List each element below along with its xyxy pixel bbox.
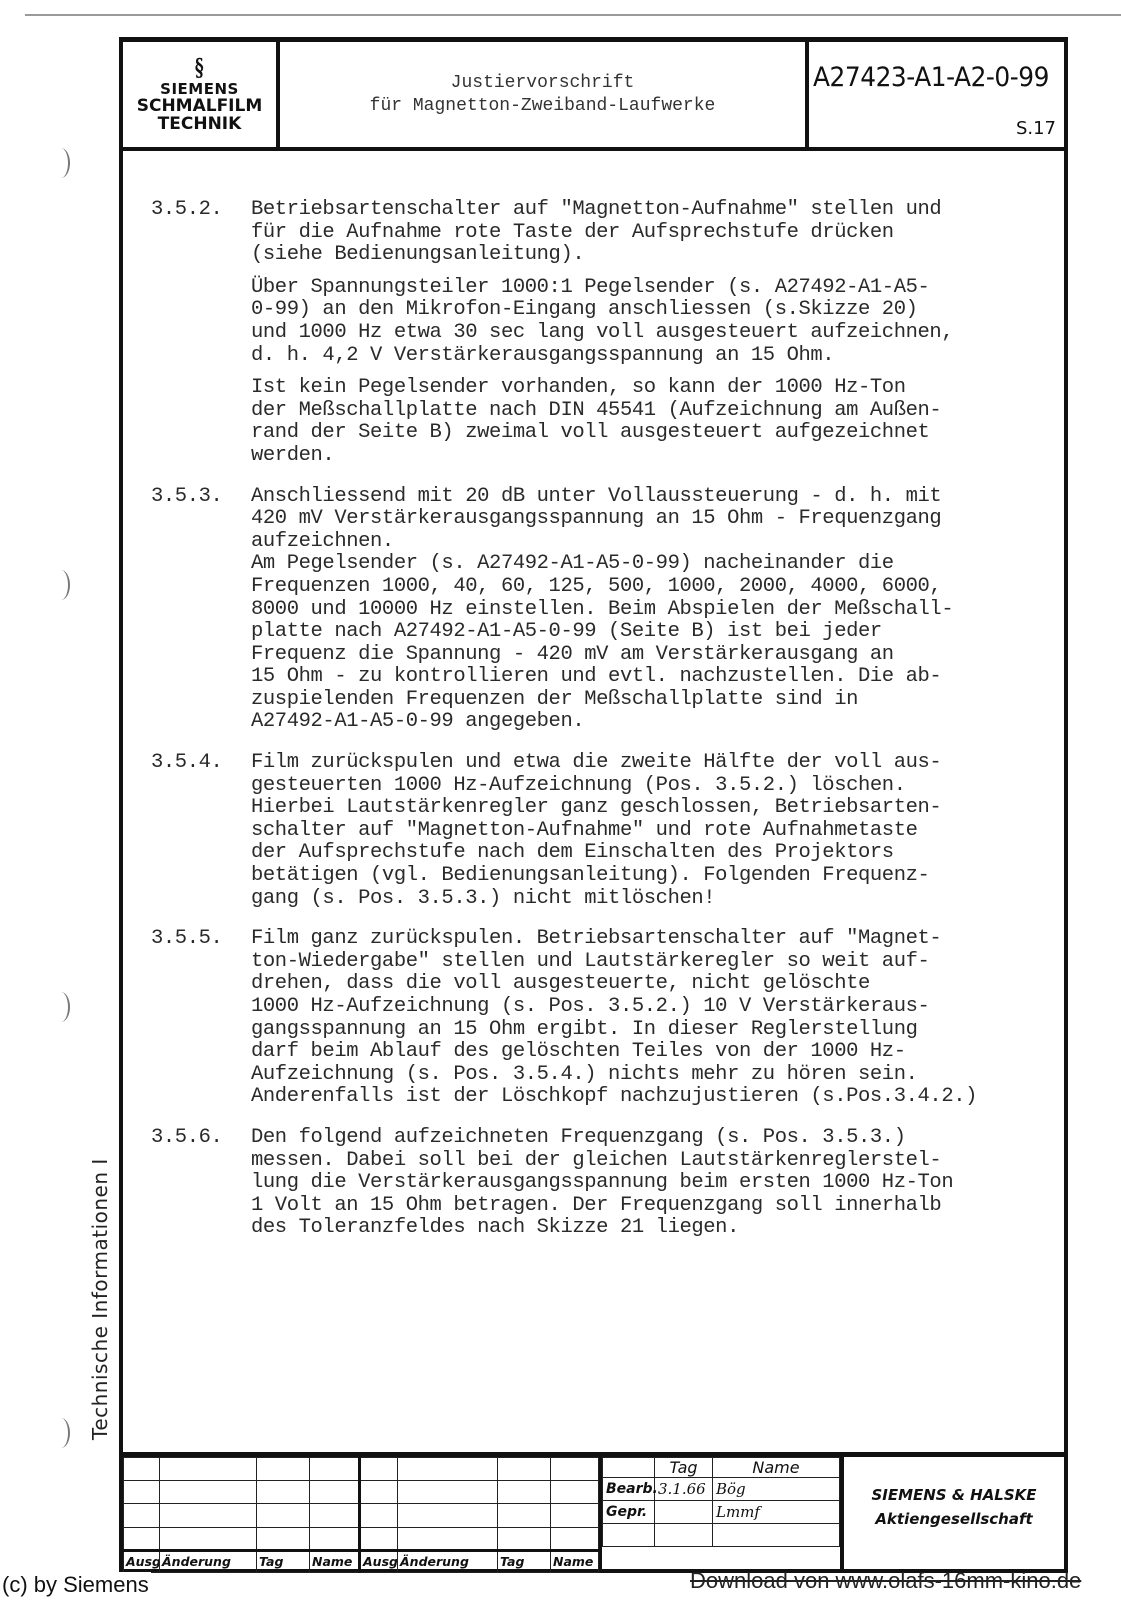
- section-number: 3.5.3.: [151, 486, 251, 735]
- punch-hole-mark: [52, 570, 70, 600]
- approval-row-gepr: Gepr. Lmmf: [603, 1501, 840, 1524]
- siemens-logo: § SIEMENS SCHMALFILM TECHNIK: [123, 42, 280, 147]
- copyright-watermark: (c) by Siemens: [2, 1572, 151, 1598]
- page-number: S.17: [1016, 118, 1056, 139]
- revision-table: Ausg. Änderung Tag Name Ausg. Änderung T…: [123, 1457, 599, 1573]
- approval-label: Bearb.: [603, 1478, 655, 1501]
- approval-col-name: Name: [713, 1458, 840, 1478]
- title-block-header: § SIEMENS SCHMALFILM TECHNIK Justiervors…: [123, 42, 1064, 151]
- section-number: 3.5.6.: [151, 1127, 251, 1240]
- title-block-footer: Ausg. Änderung Tag Name Ausg. Änderung T…: [123, 1452, 1064, 1573]
- document-frame: § SIEMENS SCHMALFILM TECHNIK Justiervors…: [119, 37, 1068, 1573]
- col-ausg: Ausg.: [360, 1550, 398, 1572]
- company-line-2: Aktiengesellschaft: [875, 1507, 1032, 1531]
- section-3-5-4: 3.5.4. Film zurückspulen und etwa die zw…: [151, 752, 1056, 910]
- paragraph: Betriebsartenschalter auf "Magnetton-Auf…: [251, 199, 1056, 267]
- document-number: A27423-A1-A2-0-99: [813, 62, 1049, 93]
- col-name: Name: [310, 1550, 360, 1572]
- paragraph: Film zurückspulen und etwa die zweite Hä…: [251, 752, 1056, 910]
- col-aenderung: Änderung: [398, 1550, 498, 1572]
- side-label: Technische Informationen I: [88, 1158, 112, 1440]
- col-ausg: Ausg.: [124, 1550, 160, 1572]
- revision-header-row: Ausg. Änderung Tag Name Ausg. Änderung T…: [124, 1550, 599, 1572]
- page-top-edge: [25, 14, 1121, 16]
- punch-hole-mark: [52, 148, 70, 178]
- document-body: 3.5.2. Betriebsartenschalter auf "Magnet…: [151, 199, 1056, 1258]
- revision-row: [124, 1527, 599, 1550]
- section-3-5-3: 3.5.3. Anschliessend mit 20 dB unter Vol…: [151, 486, 1056, 735]
- paragraph: Film ganz zurückspulen. Betriebsartensch…: [251, 928, 1056, 1109]
- revision-row: [124, 1481, 599, 1504]
- section-number: 3.5.5.: [151, 928, 251, 1109]
- approval-block: Tag Name Bearb. 3.1.66 Bög Gepr. Lmmf: [599, 1457, 844, 1573]
- col-name: Name: [551, 1550, 599, 1572]
- paragraph: Ist kein Pegelsender vorhanden, so kann …: [251, 377, 1056, 467]
- approval-signature: Bög: [713, 1478, 840, 1501]
- revision-row: [124, 1504, 599, 1527]
- title-line-2: für Magnetton-Zweiband-Laufwerke: [370, 95, 716, 118]
- download-watermark: Download von www.olafs-16mm-kino.de: [690, 1568, 1081, 1594]
- document-number-cell: A27423-A1-A2-0-99 S.17: [809, 42, 1064, 147]
- approval-label: Gepr.: [603, 1501, 655, 1524]
- col-tag: Tag: [498, 1550, 551, 1572]
- title-line-1: Justiervorschrift: [451, 72, 635, 95]
- col-aenderung: Änderung: [160, 1550, 257, 1572]
- section-3-5-2: 3.5.2. Betriebsartenschalter auf "Magnet…: [151, 199, 1056, 468]
- logo-line-3: TECHNIK: [158, 116, 242, 134]
- approval-col-tag: Tag: [655, 1458, 713, 1478]
- approval-date: [655, 1501, 713, 1524]
- company-name: SIEMENS & HALSKE Aktiengesellschaft: [844, 1457, 1064, 1573]
- section-3-5-5: 3.5.5. Film ganz zurückspulen. Betriebsa…: [151, 928, 1056, 1109]
- document-title: Justiervorschrift für Magnetton-Zweiband…: [280, 42, 809, 147]
- section-3-5-6: 3.5.6. Den folgend aufzeichneten Frequen…: [151, 1127, 1056, 1240]
- approval-date: 3.1.66: [655, 1478, 713, 1501]
- section-number: 3.5.2.: [151, 199, 251, 468]
- revision-row: [124, 1458, 599, 1481]
- paragraph: Anschliessend mit 20 dB unter Vollausste…: [251, 486, 1056, 735]
- siemens-logo-icon: §: [195, 55, 204, 80]
- col-tag: Tag: [257, 1550, 310, 1572]
- company-line-1: SIEMENS & HALSKE: [871, 1483, 1036, 1507]
- approval-row-bearb: Bearb. 3.1.66 Bög: [603, 1478, 840, 1501]
- approval-signature: Lmmf: [713, 1501, 840, 1524]
- paragraph: Den folgend aufzeichneten Frequenzgang (…: [251, 1127, 1056, 1240]
- section-number: 3.5.4.: [151, 752, 251, 910]
- punch-hole-mark: [52, 1418, 70, 1448]
- punch-hole-mark: [52, 992, 70, 1022]
- paragraph: Über Spannungsteiler 1000:1 Pegelsender …: [251, 277, 1056, 367]
